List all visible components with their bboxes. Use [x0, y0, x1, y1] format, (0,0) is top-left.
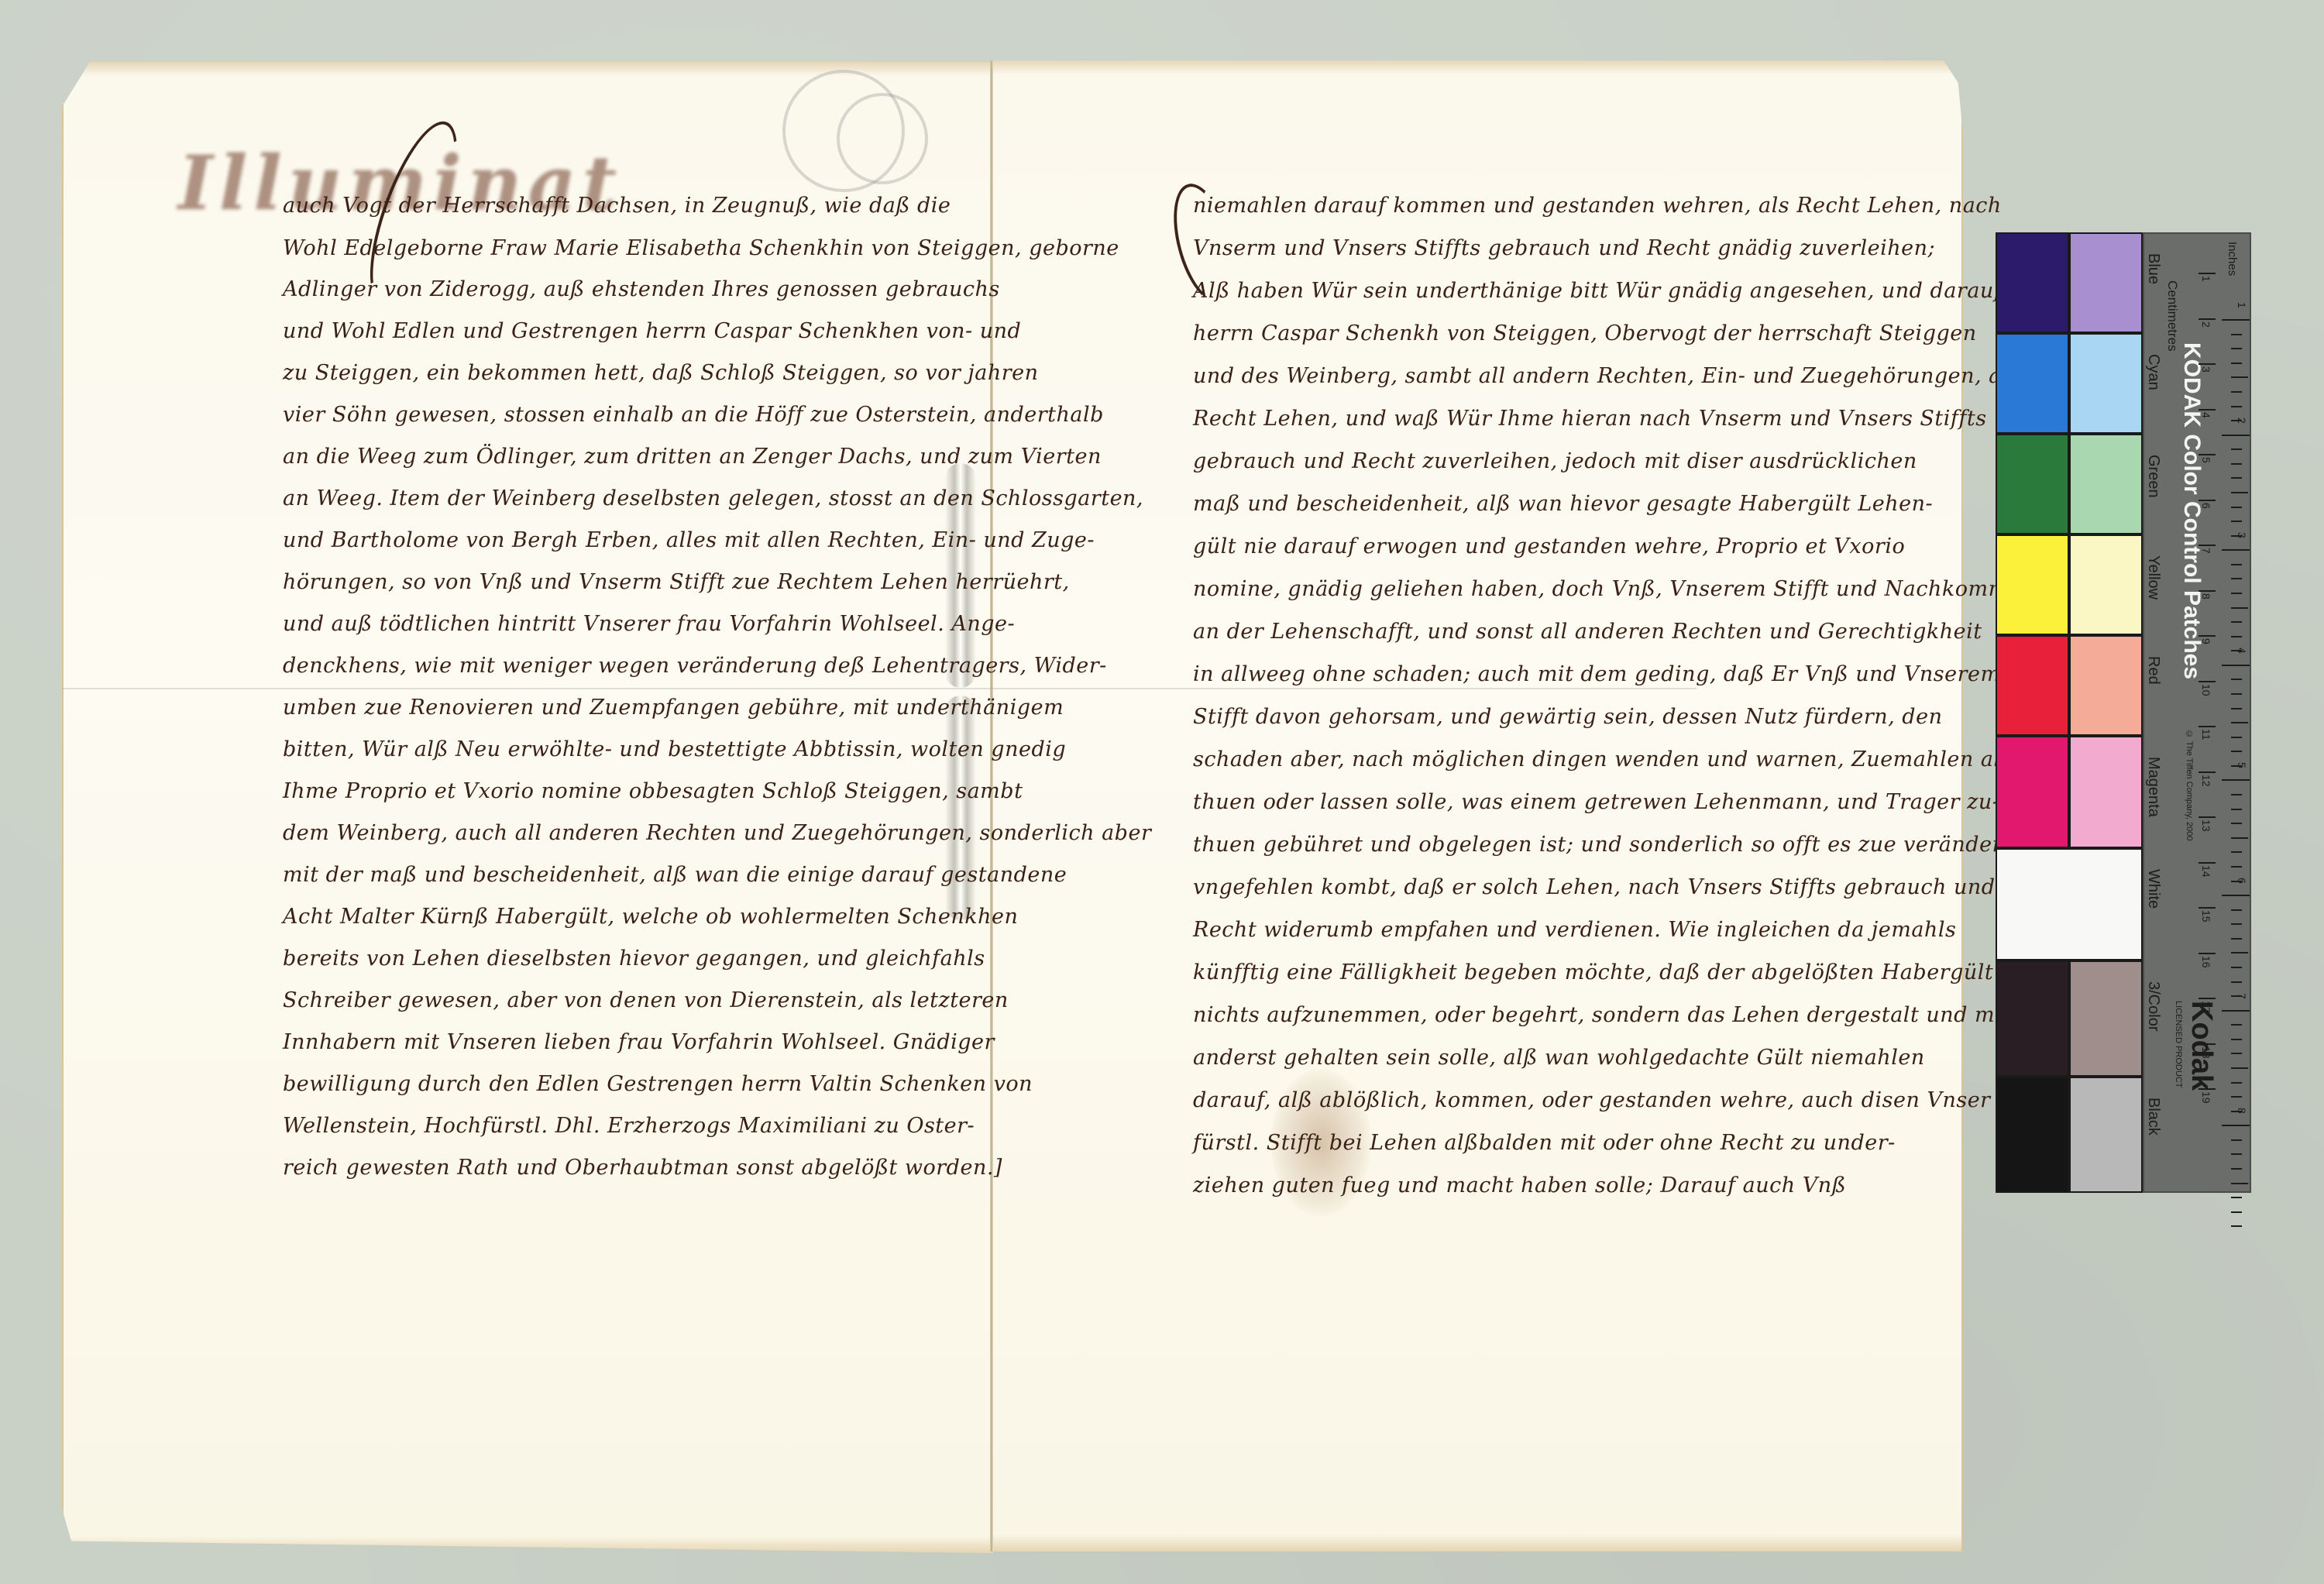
- minor-tick: [2231, 1053, 2242, 1054]
- patch-label: White: [2144, 869, 2162, 909]
- patch-3-color-light: [2069, 960, 2143, 1077]
- cm-tick: [2199, 862, 2216, 864]
- minor-tick: [2231, 866, 2242, 868]
- edge-stain: [64, 1536, 993, 1553]
- minor-tick: [2231, 1168, 2242, 1170]
- minor-tick: [2231, 593, 2242, 594]
- manuscript-line: niemahlen darauf kommen und gestanden we…: [1193, 194, 2002, 218]
- minor-tick: [2231, 1139, 2242, 1141]
- patch-3-color-dark: [1996, 960, 2069, 1077]
- minor-tick: [2231, 578, 2242, 579]
- manuscript-line: ziehen guten fueg und macht haben solle;…: [1193, 1173, 1846, 1197]
- manuscript-line: vngefehlen kombt, daß er solch Lehen, na…: [1193, 875, 1996, 899]
- minor-tick: [2231, 448, 2242, 450]
- manuscript-line: anderst gehalten sein solle, alß wan woh…: [1193, 1046, 1925, 1070]
- minor-tick: [2231, 477, 2242, 479]
- cm-tick-label: 12: [2200, 775, 2212, 787]
- cm-tick-label: 16: [2200, 956, 2212, 968]
- inch-tick: [2222, 549, 2250, 551]
- minor-tick: [2231, 334, 2242, 335]
- minor-tick: [2231, 708, 2242, 710]
- minor-tick: [2231, 1211, 2242, 1213]
- patch-magenta-dark: [1996, 736, 2069, 848]
- inch-tick-label: 2: [2236, 417, 2248, 424]
- inch-tick-label: 6: [2236, 878, 2248, 884]
- cm-tick-label: 6: [2200, 503, 2212, 509]
- cm-tick-label: 5: [2200, 457, 2212, 463]
- kodak-color-target: Centimetres Inches KODAK Color Control P…: [1996, 232, 2259, 1193]
- centimetres-label: Centimetres: [2164, 280, 2180, 352]
- cm-tick-label: 13: [2200, 819, 2212, 832]
- manuscript-line: gült nie darauf erwogen und gestanden we…: [1193, 534, 1905, 558]
- patch-label: Magenta: [2144, 757, 2162, 817]
- patch-label: 3/Color: [2144, 981, 2162, 1031]
- cm-tick: [2199, 500, 2216, 501]
- minor-tick: [2231, 794, 2242, 795]
- patch-red-dark: [1996, 635, 2069, 736]
- cm-tick-label: 14: [2200, 865, 2212, 878]
- manuscript-line: fürstl. Stifft bei Lehen alßbalden mit o…: [1193, 1131, 1896, 1155]
- manuscript-line: gebrauch und Recht zuverleihen, jedoch m…: [1193, 449, 1917, 473]
- manuscript-line: auch Vogt der Herrschafft Dachsen, in Ze…: [283, 194, 951, 218]
- minor-tick: [2231, 751, 2242, 752]
- cm-tick-label: 3: [2200, 366, 2212, 373]
- patch-black-dark: [1996, 1077, 2069, 1193]
- patch-yellow-light: [2069, 534, 2143, 635]
- manuscript-line: bereits von Lehen dieselbsten hievor geg…: [283, 947, 985, 971]
- manuscript-line: in allweeg ohne schaden; auch mit dem ge…: [1193, 662, 2001, 686]
- minor-tick: [2231, 693, 2242, 695]
- manuscript-line: Recht widerumb empfahen und verdienen. W…: [1193, 918, 1956, 942]
- manuscript-line: Innhabern mit Vnseren lieben frau Vorfah…: [283, 1030, 995, 1054]
- manuscript-line: an die Weeg zum Ödlinger, zum dritten an…: [283, 445, 1102, 469]
- edge-stain: [992, 60, 1961, 74]
- patch-green-dark: [1996, 434, 2069, 534]
- inches-label: Inches: [2226, 242, 2239, 276]
- minor-tick: [2231, 1039, 2242, 1040]
- patch-cyan-light: [2069, 333, 2143, 434]
- patch-label: Black: [2144, 1098, 2162, 1136]
- cm-tick: [2199, 454, 2216, 455]
- licensed-product-text: LICENSED PRODUCT: [2174, 1001, 2183, 1087]
- manuscript-line: thuen gebühret und obgelegen ist; und so…: [1193, 833, 2016, 857]
- horizontal-fold: [62, 688, 1697, 689]
- cm-tick-label: 17: [2200, 1001, 2212, 1013]
- inch-tick-label: 7: [2236, 993, 2248, 999]
- minor-tick: [2231, 1197, 2242, 1198]
- inch-tick: [2222, 1125, 2250, 1126]
- cm-tick-label: 19: [2200, 1091, 2212, 1104]
- cm-tick: [2199, 1088, 2216, 1090]
- minor-tick: [2231, 923, 2242, 925]
- manuscript-line: bitten, Wür alß Neu erwöhlte- und bestet…: [283, 737, 1066, 761]
- inch-tick-label: 4: [2236, 648, 2248, 654]
- patch-blue-light: [2069, 232, 2143, 333]
- ghost-flourish: [837, 93, 928, 184]
- manuscript-line: und Bartholome von Bergh Erben, alles mi…: [283, 528, 1095, 552]
- manuscript-line: Adlinger von Ziderogg, auß ehstenden Ihr…: [283, 277, 1000, 301]
- minor-tick: [2231, 851, 2242, 853]
- minor-tick: [2231, 722, 2248, 723]
- minor-tick: [2231, 621, 2242, 623]
- minor-tick: [2231, 1153, 2242, 1155]
- manuscript-line: und Wohl Edlen und Gestrengen herrn Casp…: [283, 319, 1021, 343]
- cm-tick: [2199, 907, 2216, 909]
- cm-tick: [2199, 771, 2216, 773]
- manuscript-line: maß und bescheidenheit, alß wan hievor g…: [1193, 492, 1933, 516]
- manuscript-line: umben zue Renovieren und Zuempfangen geb…: [283, 696, 1064, 720]
- cm-tick: [2199, 1043, 2216, 1045]
- minor-tick: [2231, 1096, 2242, 1098]
- patch-label: Green: [2144, 455, 2162, 498]
- manuscript-line: Recht Lehen, und waß Wür Ihme hieran nac…: [1193, 407, 1987, 431]
- manuscript-line: künfftig eine Fälligkheit begeben möchte…: [1193, 960, 1993, 984]
- manuscript-line: bewilligung durch den Edlen Gestrengen h…: [283, 1072, 1033, 1096]
- minor-tick: [2231, 909, 2242, 911]
- patch-label: Blue: [2144, 253, 2162, 284]
- minor-tick: [2231, 823, 2242, 824]
- minor-tick: [2231, 376, 2248, 378]
- manuscript-line: mit der maß und bescheidenheit, alß wan …: [283, 863, 1067, 887]
- target-ruler: Centimetres Inches KODAK Color Control P…: [2143, 232, 2251, 1193]
- minor-tick: [2231, 967, 2242, 968]
- minor-tick: [2231, 607, 2248, 609]
- manuscript-line: Acht Malter Kürnß Habergült, welche ob w…: [283, 905, 1018, 929]
- patch-label: Red: [2144, 656, 2162, 685]
- minor-tick: [2231, 1082, 2242, 1084]
- minor-tick: [2231, 391, 2242, 393]
- cm-tick-label: 8: [2200, 593, 2212, 600]
- minor-tick: [2231, 809, 2242, 810]
- manuscript-line: hörungen, so von Vnß und Vnserm Stifft z…: [283, 570, 1070, 594]
- cm-tick: [2199, 635, 2216, 637]
- minor-tick: [2231, 348, 2242, 349]
- inch-tick-label: 5: [2236, 762, 2248, 768]
- manuscript-line: und auß tödtlichen hintritt Vnserer frau…: [283, 612, 1015, 636]
- inch-tick: [2222, 779, 2250, 781]
- cm-tick-label: 9: [2200, 638, 2212, 644]
- manuscript-line: Schreiber gewesen, aber von denen von Di…: [283, 988, 1009, 1012]
- patch-label: Cyan: [2144, 354, 2162, 390]
- manuscript-line: vier Söhn gewesen, stossen einhalb an di…: [283, 403, 1104, 427]
- cm-tick: [2199, 726, 2216, 727]
- minor-tick: [2231, 1183, 2248, 1184]
- patch-red-light: [2069, 635, 2143, 736]
- cm-tick: [2199, 953, 2216, 954]
- minor-tick: [2231, 492, 2248, 493]
- cm-tick: [2199, 363, 2216, 365]
- manuscript-line: Wellenstein, Hochfürstl. Dhl. Erzherzogs…: [283, 1114, 975, 1138]
- patch-black-light: [2069, 1077, 2143, 1193]
- inch-tick: [2222, 665, 2250, 666]
- patch-white: [1996, 848, 2143, 960]
- patch-yellow-dark: [1996, 534, 2069, 635]
- minor-tick: [2231, 938, 2242, 940]
- cm-tick-label: 4: [2200, 412, 2212, 418]
- cm-tick-label: 10: [2200, 684, 2212, 696]
- cm-tick: [2199, 318, 2216, 320]
- manuscript-line: Stifft davon gehorsam, und gewärtig sein…: [1193, 705, 1942, 729]
- manuscript-line: schaden aber, nach möglichen dingen wend…: [1193, 747, 2032, 771]
- inch-tick-label: 1: [2236, 302, 2248, 308]
- manuscript-line: zu Steiggen, ein bekommen hett, daß Schl…: [283, 361, 1039, 385]
- cm-tick-label: 7: [2200, 548, 2212, 554]
- cm-tick-label: 18: [2200, 1046, 2212, 1059]
- manuscript-line: nichts aufzunemmen, oder begehrt, sonder…: [1193, 1003, 2011, 1027]
- minor-tick: [2231, 1225, 2242, 1227]
- patch-green-light: [2069, 434, 2143, 534]
- edge-stain: [992, 1534, 1961, 1551]
- manuscript-line: Wohl Edelgeborne Fraw Marie Elisabetha S…: [283, 236, 1119, 260]
- minor-tick: [2231, 636, 2242, 637]
- manuscript-line: Ihme Proprio et Vxorio nomine obbesagten…: [283, 779, 1023, 803]
- manuscript-line: Vnserm und Vnsers Stiffts gebrauch und R…: [1193, 236, 1935, 260]
- patch-magenta-light: [2069, 736, 2143, 848]
- minor-tick: [2231, 981, 2242, 983]
- minor-tick: [2231, 362, 2242, 364]
- minor-tick: [2231, 952, 2248, 953]
- cm-tick: [2199, 681, 2216, 682]
- patch-cyan-dark: [1996, 333, 2069, 434]
- manuscript-line: Alß haben Wür sein underthänige bitt Wür…: [1193, 279, 2064, 303]
- manuscript-line: denckhens, wie mit weniger wegen verände…: [283, 654, 1107, 678]
- minor-tick: [2231, 406, 2242, 407]
- cm-tick: [2199, 409, 2216, 411]
- minor-tick: [2231, 1067, 2248, 1069]
- cm-tick: [2199, 545, 2216, 546]
- inch-tick: [2222, 895, 2250, 896]
- minor-tick: [2231, 463, 2242, 465]
- cm-tick: [2199, 590, 2216, 592]
- cm-tick: [2199, 816, 2216, 818]
- manuscript-line: reich gewesten Rath und Oberhaubtman son…: [283, 1156, 1002, 1180]
- cm-tick-label: 15: [2200, 910, 2212, 923]
- manuscript-line: nomine, gnädig geliehen haben, doch Vnß,…: [1193, 577, 2035, 601]
- manuscript-line: herrn Caspar Schenkh von Steiggen, Oberv…: [1193, 321, 1977, 345]
- cm-tick-label: 1: [2200, 276, 2212, 282]
- cm-tick-label: 11: [2200, 729, 2212, 740]
- minor-tick: [2231, 521, 2242, 522]
- inch-tick: [2222, 435, 2250, 436]
- cm-tick: [2199, 273, 2216, 274]
- patch-label: Yellow: [2144, 555, 2162, 600]
- inch-tick: [2222, 319, 2250, 321]
- manuscript-line: darauf, alß ablößlich, kommen, oder gest…: [1193, 1088, 1991, 1112]
- manuscript-line: und des Weinberg, sambt all andern Recht…: [1193, 364, 2023, 388]
- minor-tick: [2231, 837, 2248, 839]
- manuscript-line: dem Weinberg, auch all anderen Rechten u…: [283, 821, 1151, 845]
- target-title: KODAK Color Control Patches: [2178, 342, 2205, 679]
- minor-tick: [2231, 1024, 2242, 1026]
- minor-tick: [2231, 507, 2242, 508]
- minor-tick: [2231, 564, 2242, 565]
- cm-tick: [2199, 998, 2216, 999]
- manuscript-line: an der Lehenschafft, und sonst all ander…: [1193, 620, 1982, 644]
- minor-tick: [2231, 737, 2242, 738]
- inch-tick-label: 8: [2236, 1108, 2248, 1114]
- inch-tick: [2222, 1010, 2250, 1012]
- manuscript-line: thuen oder lassen solle, was einem getre…: [1193, 790, 1999, 814]
- cm-tick-label: 2: [2200, 321, 2212, 328]
- inch-tick-label: 3: [2236, 532, 2248, 538]
- minor-tick: [2231, 679, 2242, 680]
- manuscript-line: an Weeg. Item der Weinberg deselbsten ge…: [283, 486, 1143, 510]
- copyright-text: © The Tiffen Company, 2000: [2185, 730, 2194, 840]
- patch-blue-dark: [1996, 232, 2069, 333]
